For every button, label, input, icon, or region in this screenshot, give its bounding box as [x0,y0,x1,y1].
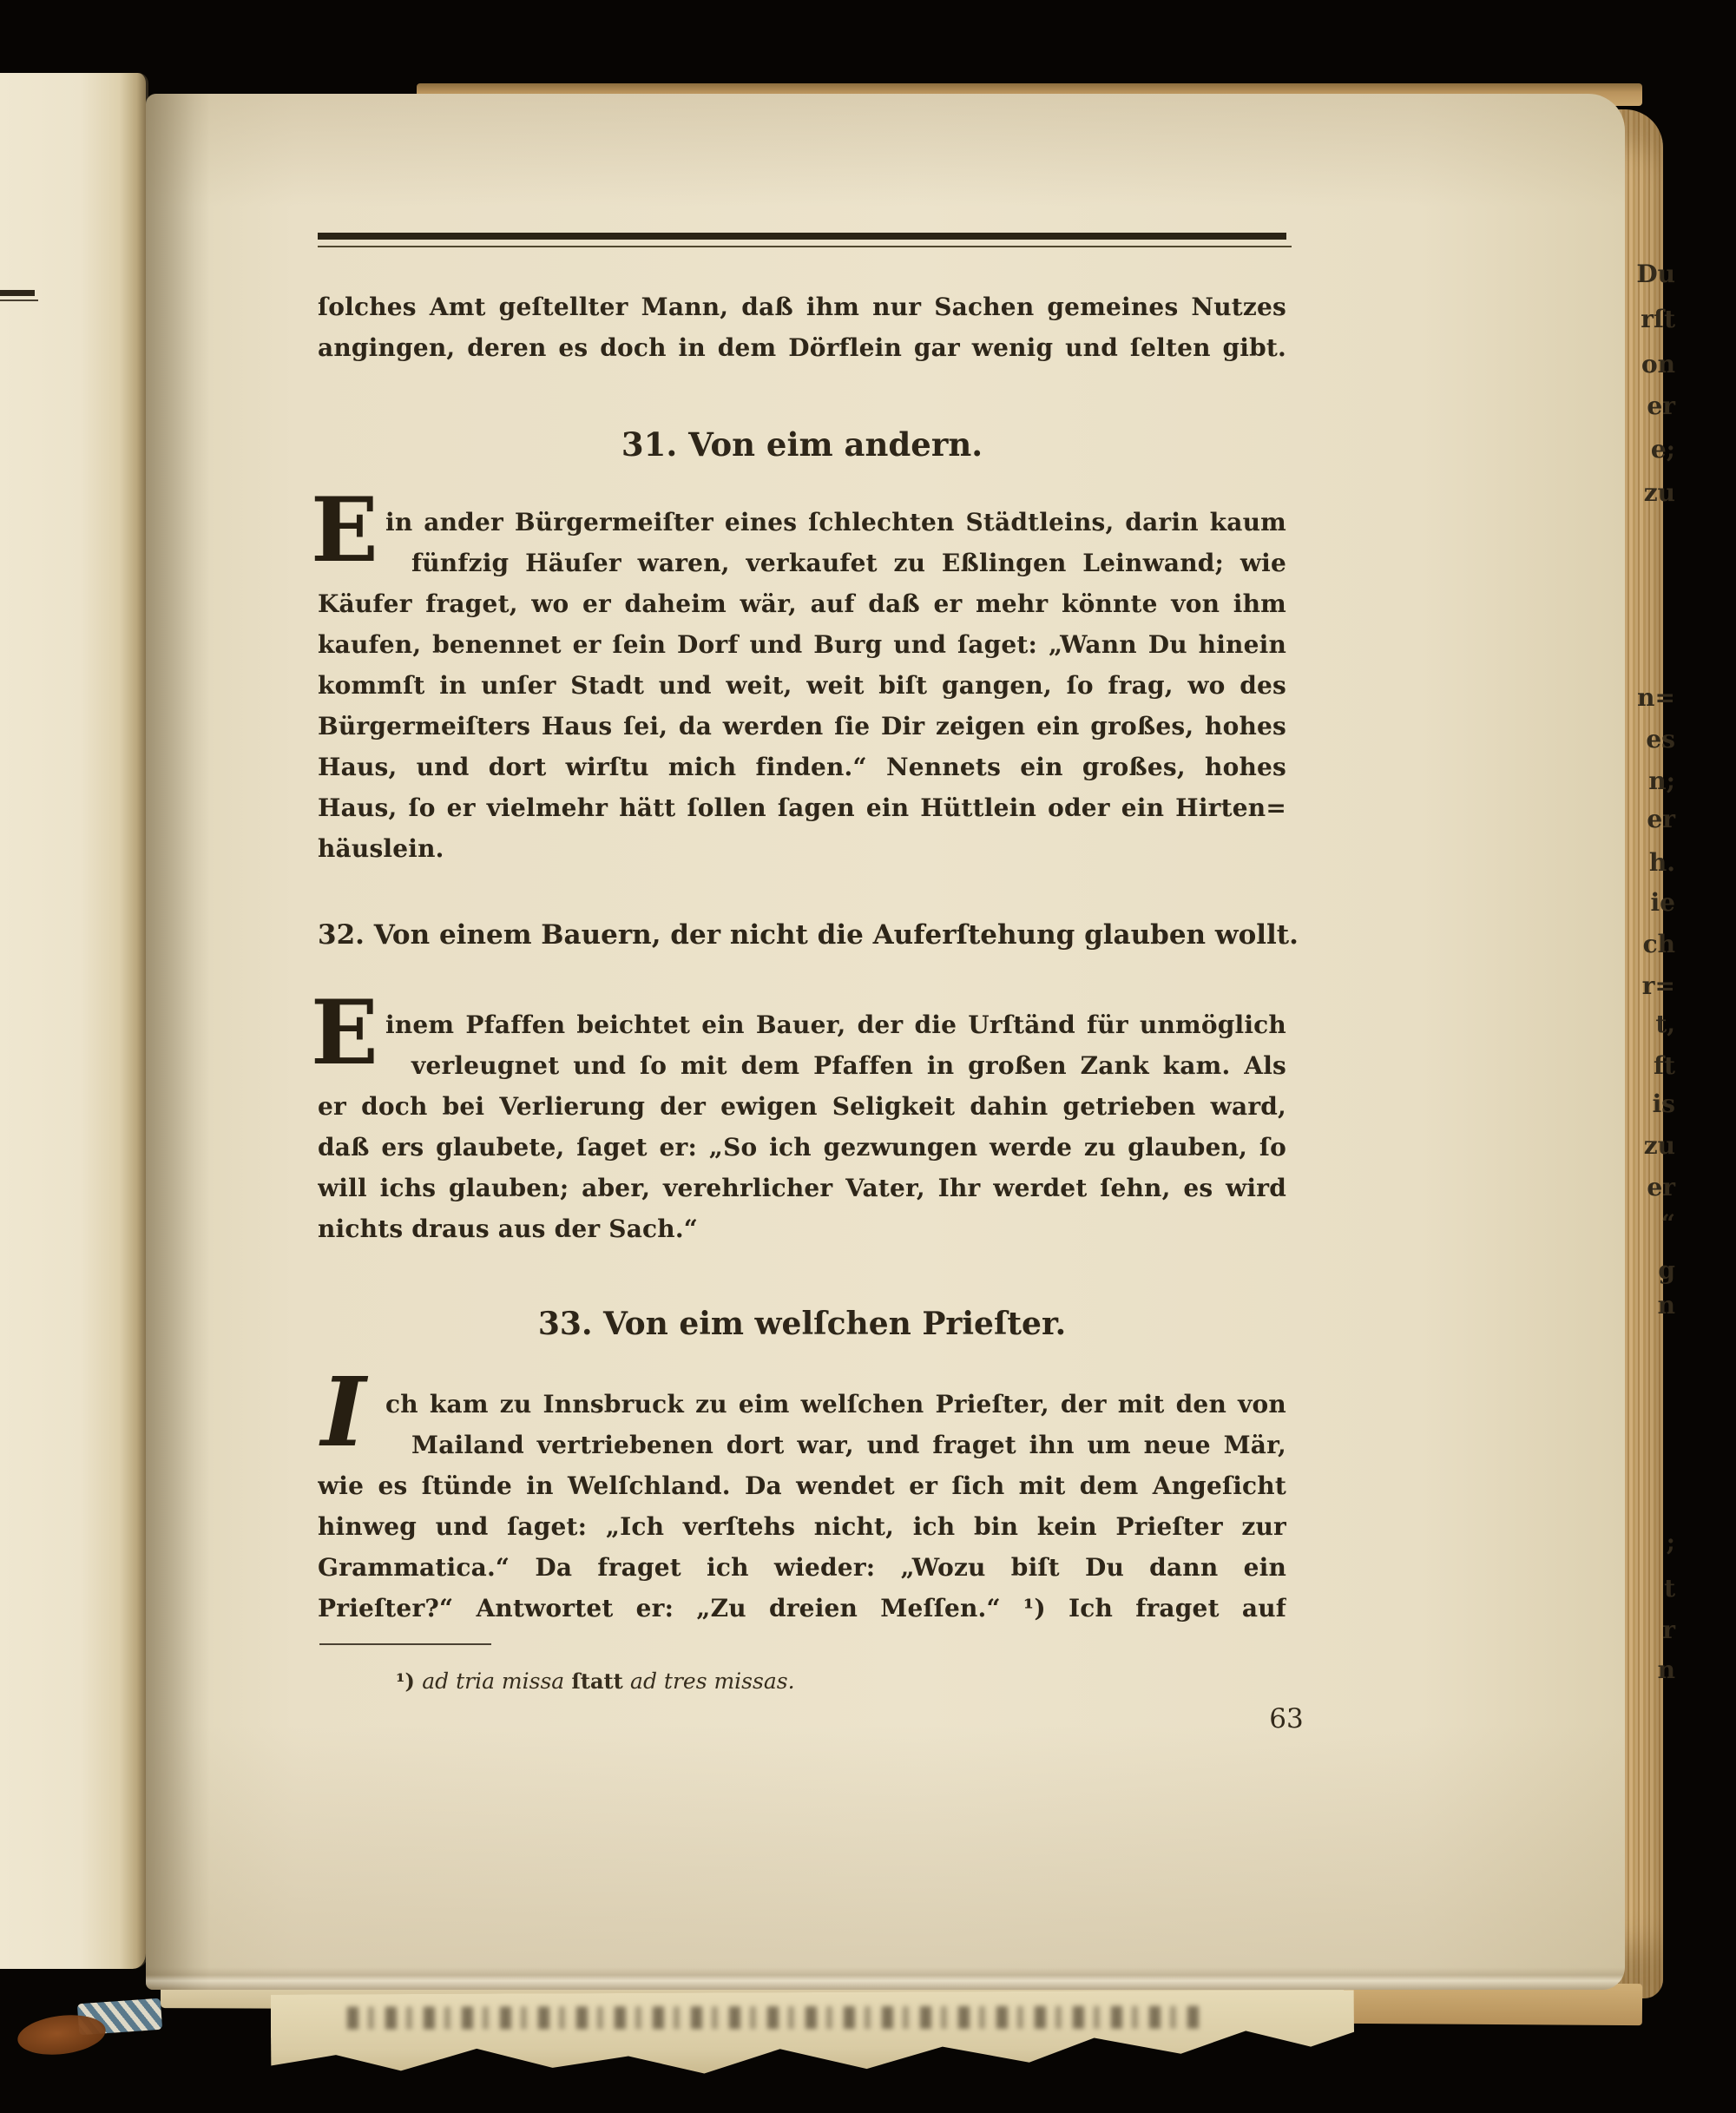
facing-page-line-ending: g [1658,1252,1675,1290]
book-photo: Du rſt on er e; zu n= es n; er h. ie ch … [0,0,1736,2113]
text-line: ch kam zu Innsbruck zu eim welſchen Prie… [318,1384,1286,1425]
facing-page-line-ending: ; [1667,1524,1675,1562]
facing-page-line-ending: n= [1637,679,1675,717]
text-line: angingen, deren es doch in dem Dörflein … [318,327,1286,368]
text-line: fünfzig Häuſer waren, verkaufet zu Eßlin… [318,543,1286,583]
facing-page-line-ending: ie [1651,884,1675,922]
text-line: inem Pfaffen beichtet ein Bauer, der die… [318,1004,1286,1045]
section-33-heading: 33. Von eim welſchen Prieſter. [318,1304,1286,1345]
facing-page-line-ending: e; [1651,431,1675,469]
text-line: häuslein. [318,828,1286,869]
text-line: er doch bei Verlierung der ewigen Seligk… [318,1086,1286,1127]
footnote-separator-rule [319,1643,491,1645]
text-line: verleugnet und ſo mit dem Pfaffen in gro… [318,1045,1286,1086]
section-31-heading: 31. Von eim andern. [318,425,1286,465]
facing-page-line-ending: er [1647,387,1675,425]
facing-page-line-ending: t, [1655,1005,1675,1043]
facing-page-line-ending: Du [1636,255,1675,293]
facing-page-line-ending: n [1658,1287,1675,1325]
continuation-paragraph: ſolches Amt geſtellter Mann, daß ihm nur… [318,286,1286,368]
section-31-paragraph: in ander Bürgermeiſter eines ſchlechten … [318,502,1286,869]
page-number: 63 [1255,1702,1318,1736]
facing-page-line-ending: r= [1642,967,1675,1005]
text-line: Bürgermeiſters Haus ſei, da werden ſie D… [318,706,1286,747]
facing-page-line-ending: er [1647,800,1675,839]
facing-page-line-ending: n; [1648,762,1675,800]
text-line: Prieſter?“ Antwortet er: „Zu dreien Meſſ… [318,1588,1286,1629]
facing-page-line-ending: ch [1643,925,1675,964]
facing-page-line-ending: r [1662,1611,1675,1649]
text-line: Haus, ſo er vielmehr hätt ſollen ſagen e… [318,787,1286,828]
facing-page-sliver [0,73,148,1969]
facing-page-line-ending: “ [1661,1205,1675,1243]
facing-page-line-ending: t [1664,1570,1675,1608]
text-line: Käufer fraget, wo er daheim wär, auf daß… [318,583,1286,624]
text-line: kaufen, benennet er ſein Dorf und Burg u… [318,624,1286,665]
text-line: will ichs glauben; aber, verehrlicher Va… [318,1168,1286,1208]
torn-page-fragment [271,1990,1354,2075]
facing-page-line-ending: es [1646,721,1675,759]
text-line: Haus, und dort wirſtu mich finden.“ Nenn… [318,747,1286,787]
facing-page-line-ending: er [1647,1168,1675,1207]
head-rule-thick [318,233,1286,240]
footnote-statt: ſtatt [564,1669,630,1694]
facing-page-line-ending: is [1653,1085,1675,1123]
footnote-marker: ¹) [396,1669,422,1694]
facing-page-line-ending: on [1641,346,1675,384]
text-line: hinweg und ſaget: „Ich verſtehs nicht, i… [318,1506,1286,1547]
text-line: daß ers glaubete, ſaget er: „So ich gezw… [318,1127,1286,1168]
facing-page-line-ending: ft [1654,1047,1675,1085]
facing-page-line-ending: n [1658,1651,1675,1689]
text-line: Grammatica.“ Da fraget ich wieder: „Wozu… [318,1547,1286,1588]
text-line: nichts draus aus der Sach.“ [318,1208,1286,1249]
bottom-fold-highlight [146,1967,1625,1990]
facing-page-rule-fragment [0,290,35,296]
facing-page-line-ending: zu [1644,474,1675,512]
facing-page-line-ending: zu [1644,1127,1675,1165]
text-line: Mailand vertriebenen dort war, und frage… [318,1425,1286,1465]
blurred-print-smudge [347,2006,1207,2030]
text-line: ſolches Amt geſtellter Mann, daß ihm nur… [318,286,1286,327]
footnote-latin-2: ad tres missas. [630,1669,794,1694]
text-line: kommſt in unſer Stadt und weit, weit biſ… [318,665,1286,706]
footnote: ¹) ad tria missa ſtatt ad tres missas. [396,1664,795,1699]
gutter-shadow [146,94,210,1990]
facing-page-line-ending: rſt [1641,300,1675,339]
footnote-latin-1: ad tria missa [422,1669,564,1694]
text-line: wie es ſtünde in Welſchland. Da wendet e… [318,1465,1286,1506]
head-rule-thin [318,246,1292,247]
facing-page-line-ending: h. [1649,844,1675,882]
binding-wear-spot [16,2011,108,2059]
section-33-paragraph: ch kam zu Innsbruck zu eim welſchen Prie… [318,1384,1286,1629]
facing-page-rule-fragment-thin [0,300,38,301]
section-32-heading: 32. Von einem Bauern, der nicht die Aufe… [318,915,1286,956]
section-32-paragraph: inem Pfaffen beichtet ein Bauer, der die… [318,1004,1286,1249]
text-line: in ander Bürgermeiſter eines ſchlechten … [318,502,1286,543]
